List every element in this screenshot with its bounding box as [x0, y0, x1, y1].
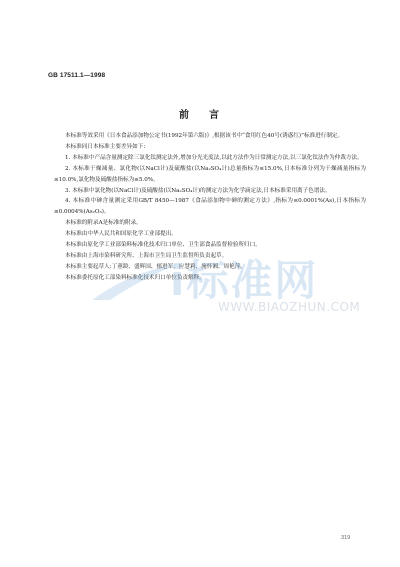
document-body: 本标准等效采用《日本食品添加物公定书(1992年第六版)》,根据该书中“食用红色… — [54, 131, 366, 284]
paragraph-difference-4: 4. 本标准中砷含量测定采用GB/T 8450—1987《食品添加物中砷的测定方… — [54, 196, 366, 218]
paragraph-difference-3: 3. 本标准中氯化物(以NaCl计)及硫酸盐(以Na₂SO₄计)的测定方法为化学… — [54, 186, 366, 197]
paragraph-appendix: 本标准的附录A是标准的附录。 — [54, 218, 366, 229]
paragraph-intro: 本标准等效采用《日本食品添加物公定书(1992年第六版)》,根据该书中“食用红色… — [54, 131, 366, 142]
paragraph-drafting-org: 本标准由上海市染料研究所、上海市卫生局卫生监督所负责起草。 — [54, 251, 366, 262]
paragraph-drafters: 本标准主要起草人:丁蕙龄、盛辉国、郁进军、应慧莉、施怀湘、周艳萍。 — [54, 262, 366, 273]
watermark-url: WWW.BIAOZHUN.COM — [218, 300, 360, 314]
paragraph-difference-1: 1. 本标准中产品含量测定除三氯化钛测定法外,增加分光光度法,以此方法作为日常测… — [54, 153, 366, 164]
paragraph-interpretation: 本标准委托原化工部染料标准化技术归口单位负责解释。 — [54, 273, 366, 284]
paragraph-administrator: 本标准由原化学工业部染料标准化技术归口单位、卫生部食品监督检验所归口。 — [54, 240, 366, 251]
paragraph-differences-heading: 本标准同日本标准主要差异如下: — [54, 142, 366, 153]
paragraph-difference-2: 2. 本标准干燥减量、氯化物(以NaCl计)及硫酸盐(以Na₂SO₄计)总量指标… — [54, 164, 366, 186]
page-number: 319 — [341, 535, 350, 541]
paragraph-proposer: 本标准由中华人民共和国原化学工业部提出。 — [54, 229, 366, 240]
page-title: 前言 — [0, 106, 400, 121]
standard-code: GB 17511.1—1998 — [48, 72, 105, 79]
